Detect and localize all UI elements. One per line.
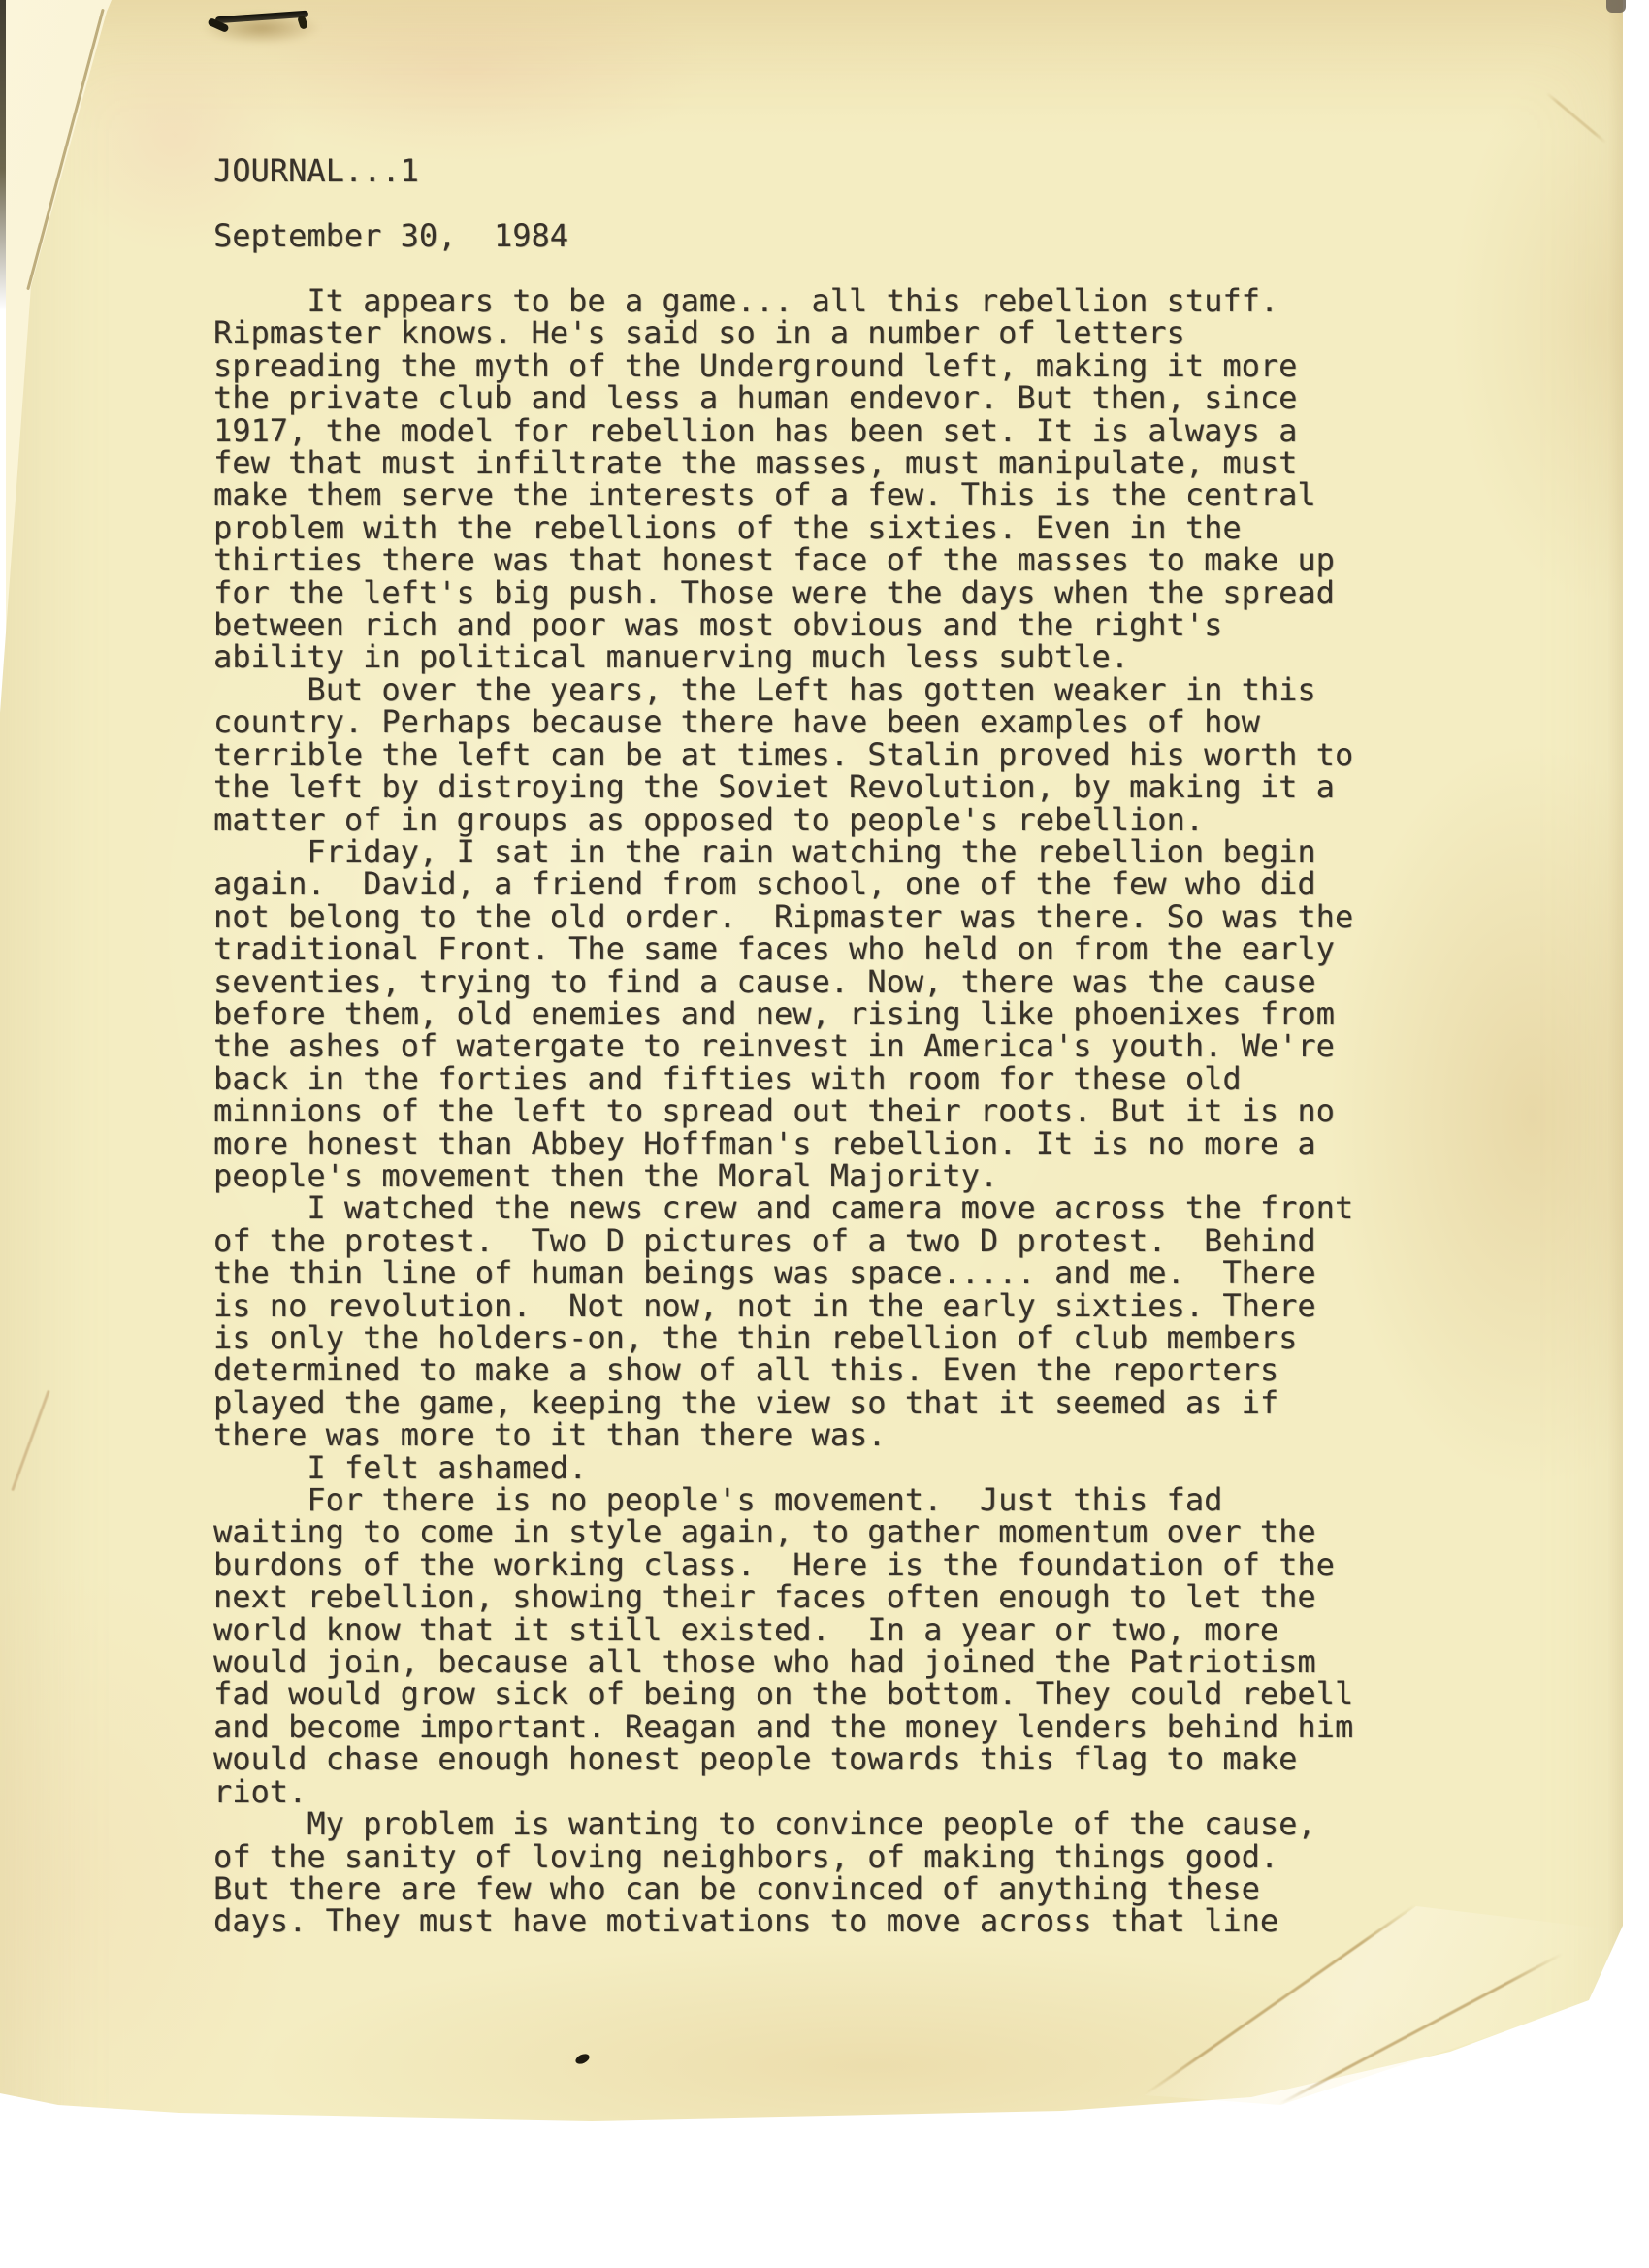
scanned-document-surface: JOURNAL...1 September 30, 1984 It appear…	[0, 0, 1649, 2268]
staple-icon	[208, 6, 314, 47]
top-right-corner-mark	[1606, 0, 1626, 13]
journal-body-text: It appears to be a game... all this rebe…	[213, 285, 1353, 1938]
journal-title: JOURNAL...1	[213, 155, 419, 187]
journal-date: September 30, 1984	[213, 220, 568, 252]
